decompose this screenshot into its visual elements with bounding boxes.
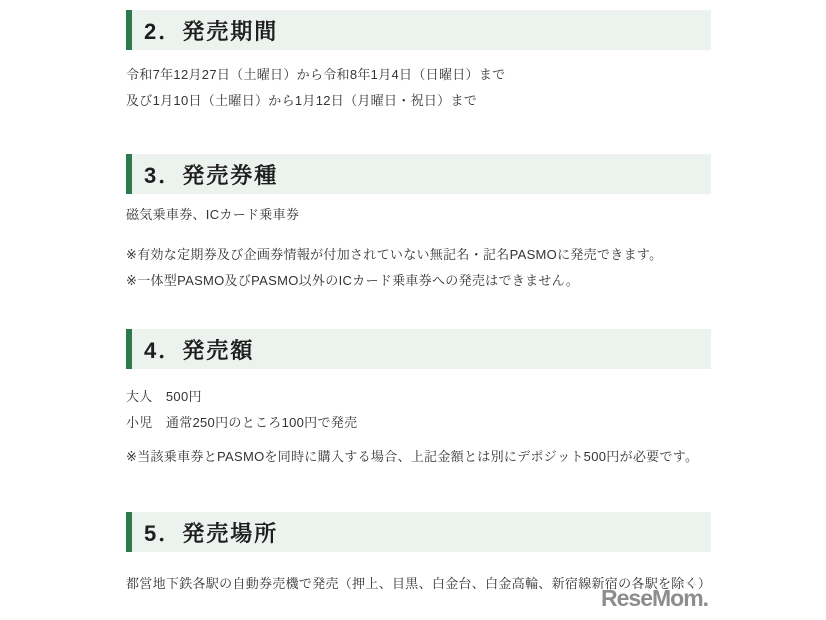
note-line: ※一体型PASMO及びPASMO以外のICカード乗車券への発売はできません。 [126, 268, 662, 294]
section-heading-sales-period: 2．発売期間 [126, 10, 711, 50]
body-line: 及び1月10日（土曜日）から1月12日（月曜日・祝日）まで [126, 88, 505, 114]
body-line: 大人 500円 [126, 384, 357, 410]
section-heading-text: 2．発売期間 [144, 15, 278, 46]
resemom-logo-text: ReseMom. [601, 585, 708, 612]
ticket-types-paragraph: 磁気乗車券、ICカード乗車券 [126, 202, 299, 228]
article-page: 2．発売期間 令和7年12月27日（土曜日）から令和8年1月4日（日曜日）まで … [0, 0, 826, 620]
section-heading-price: 4．発売額 [126, 329, 711, 369]
section-heading-text: 5．発売場所 [144, 517, 278, 548]
section-heading-sales-locations: 5．発売場所 [126, 512, 711, 552]
section-heading-text: 3．発売券種 [144, 159, 278, 190]
note-line: ※有効な定期券及び企画券情報が付加されていない無記名・記名PASMOに発売できま… [126, 242, 662, 268]
body-line: 令和7年12月27日（土曜日）から令和8年1月4日（日曜日）まで [126, 62, 505, 88]
section-heading-text: 4．発売額 [144, 334, 254, 365]
section-heading-ticket-types: 3．発売券種 [126, 154, 711, 194]
body-line: 小児 通常250円のところ100円で発売 [126, 410, 357, 436]
body-line: 磁気乗車券、ICカード乗車券 [126, 202, 299, 228]
price-note: ※当該乗車券とPASMOを同時に購入する場合、上記金額とは別にデポジット500円… [126, 444, 698, 470]
price-paragraph: 大人 500円 小児 通常250円のところ100円で発売 [126, 384, 357, 436]
resemom-logo: リセマム ReseMom. [601, 580, 721, 616]
ticket-types-notes: ※有効な定期券及び企画券情報が付加されていない無記名・記名PASMOに発売できま… [126, 242, 662, 294]
sales-period-paragraph: 令和7年12月27日（土曜日）から令和8年1月4日（日曜日）まで 及び1月10日… [126, 62, 505, 114]
note-line: ※当該乗車券とPASMOを同時に購入する場合、上記金額とは別にデポジット500円… [126, 444, 698, 470]
